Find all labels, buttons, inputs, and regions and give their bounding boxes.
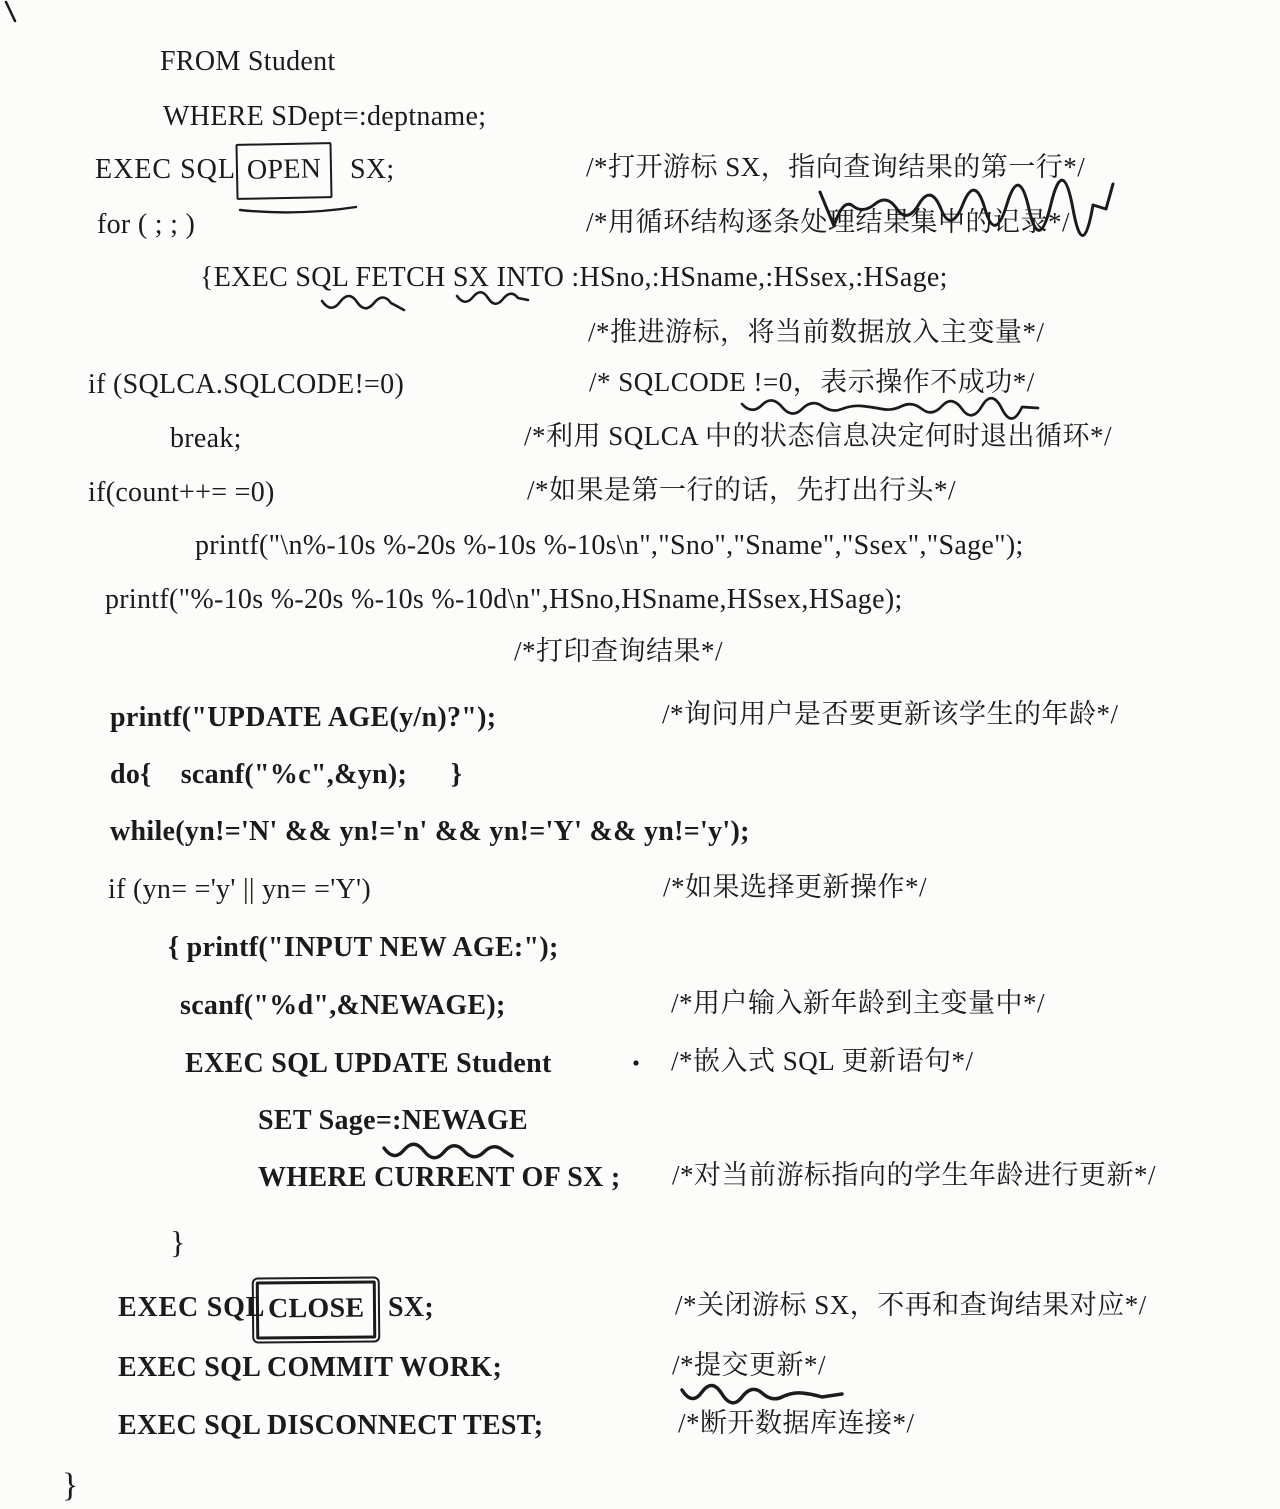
code-line: EXEC SQL — [118, 1290, 265, 1326]
comment-text: /*对当前游标指向的学生年龄进行更新*/ — [672, 1157, 1156, 1193]
comment-text: /*询问用户是否要更新该学生的年龄*/ — [662, 696, 1119, 732]
code-line: if (yn= ='y' || yn= ='Y') — [108, 872, 371, 908]
comment-text: /* SQLCODE !=0，表示操作不成功*/ — [589, 364, 1035, 400]
code-line: WHERE SDept=:deptname; — [163, 99, 486, 135]
code-line: printf("UPDATE AGE(y/n)?"); — [110, 700, 496, 736]
code-line: do{ scanf("%c",&yn); } — [110, 757, 462, 793]
comment-text: /*打印查询结果*/ — [514, 633, 723, 669]
code-line: while(yn!='N' && yn!='n' && yn!='Y' && y… — [110, 814, 750, 850]
wavy-underline-fetch — [322, 296, 404, 310]
code-line: EXEC SQL DISCONNECT TEST; — [118, 1408, 543, 1444]
code-line: SET Sage=:NEWAGE — [258, 1103, 528, 1139]
comment-text: /*嵌入式 SQL 更新语句*/ — [671, 1043, 974, 1079]
comment-text: /*利用 SQLCA 中的状态信息决定何时退出循环*/ — [524, 418, 1112, 454]
scan-artifact-mark — [6, 2, 15, 21]
closing-brace: } — [62, 1468, 79, 1504]
comment-text: /*断开数据库连接*/ — [678, 1405, 915, 1441]
scan-artifact-dot — [633, 1060, 638, 1065]
closing-brace: } — [170, 1224, 186, 1260]
code-line: for ( ; ; ) — [97, 207, 195, 243]
code-line: break; — [170, 421, 242, 457]
code-line: if (SQLCA.SQLCODE!=0) — [88, 367, 404, 403]
code-line: SX; — [350, 152, 394, 188]
comment-text: /*推进游标，将当前数据放入主变量*/ — [588, 314, 1045, 350]
boxed-word-close: CLOSE — [256, 1280, 377, 1339]
comment-text: /*如果是第一行的话，先打出行头*/ — [527, 472, 956, 508]
hand-drawn-box-open: OPEN — [236, 143, 332, 199]
wavy-underline-newage — [384, 1144, 512, 1158]
code-line: {EXEC SQL FETCH SX INTO :HSno,:HSname,:H… — [200, 260, 948, 296]
comment-text: /*关闭游标 SX，不再和查询结果对应*/ — [675, 1287, 1147, 1323]
comment-text: /*打开游标 SX，指向查询结果的第一行*/ — [586, 149, 1085, 185]
boxed-word-open: OPEN — [235, 142, 332, 200]
code-line: EXEC SQL UPDATE Student — [185, 1046, 552, 1082]
comment-text: /*提交更新*/ — [672, 1347, 826, 1383]
code-line: FROM Student — [160, 44, 336, 80]
code-line: EXEC SQL — [95, 152, 236, 188]
code-line: printf("\n%-10s %-20s %-10s %-10s\n","Sn… — [195, 528, 1024, 564]
open-box-extra-stroke — [240, 207, 356, 212]
code-line: EXEC SQL COMMIT WORK; — [118, 1350, 502, 1386]
scanned-code-page: FROM Student WHERE SDept=:deptname; EXEC… — [0, 0, 1280, 1509]
hand-drawn-box-close: CLOSE — [256, 1281, 376, 1339]
comment-text: /*用循环结构逐条处理结果集中的记录*/ — [586, 204, 1070, 240]
code-line: WHERE CURRENT OF SX ; — [258, 1160, 621, 1196]
code-line: printf("%-10s %-20s %-10s %-10d\n",HSno,… — [105, 582, 903, 618]
code-line: SX; — [388, 1290, 434, 1326]
code-line: scanf("%d",&NEWAGE); — [180, 988, 506, 1024]
code-line: { printf("INPUT NEW AGE:"); — [168, 930, 559, 966]
code-line: if(count++= =0) — [88, 475, 275, 511]
wavy-underline-sqlcode-comment — [742, 398, 1038, 418]
comment-text: /*用户输入新年龄到主变量中*/ — [671, 985, 1045, 1021]
comment-text: /*如果选择更新操作*/ — [663, 869, 927, 905]
wavy-underline-commit-comment — [682, 1385, 842, 1402]
